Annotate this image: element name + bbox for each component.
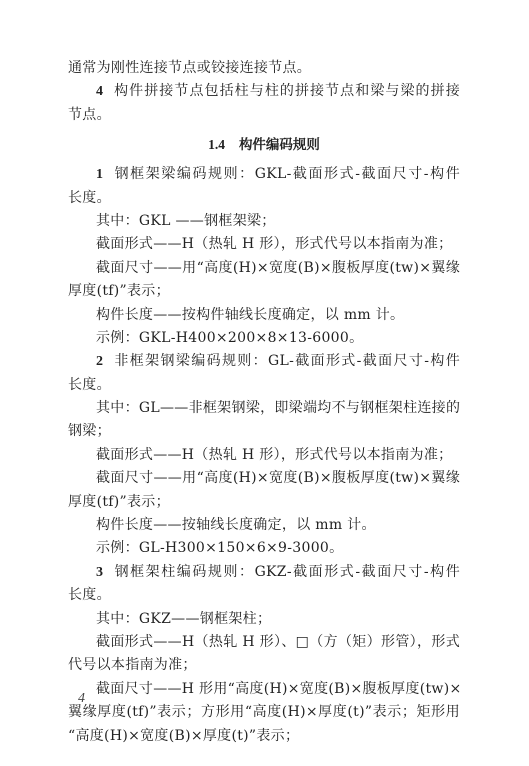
- item-text: 钢框架梁编码规则：GKL-截面形式-截面尺寸-构件: [113, 166, 460, 182]
- paragraph-line: 节点。: [68, 104, 460, 127]
- paragraph-line: 示例：GL-H300×150×6×9-3000。: [68, 537, 460, 560]
- item-text: 钢框架柱编码规则：GKZ-截面形式-截面尺寸-构件: [113, 564, 460, 580]
- item-number: 3: [96, 565, 103, 580]
- paragraph-line: 长度。: [68, 187, 460, 210]
- paragraph-line: 长度。: [68, 584, 460, 607]
- paragraph-line: 截面尺寸——H 形用“高度(H)×宽度(B)×腹板厚度(tw)×: [68, 678, 460, 701]
- paragraph-line: 厚度(tf)”表示；: [68, 280, 460, 303]
- item-number: 1: [96, 167, 103, 182]
- item-number: 2: [96, 354, 103, 369]
- item-text: 非框架钢梁编码规则：GL-截面形式-截面尺寸-构件: [113, 353, 460, 369]
- paragraph-line: 示例：GKL-H400×200×8×13-6000。: [68, 327, 460, 350]
- section-heading: 1.4构件编码规则: [68, 127, 460, 163]
- paragraph-line: 构件长度——按轴线长度确定，以 mm 计。: [68, 514, 460, 537]
- numbered-item-2: 2非框架钢梁编码规则：GL-截面形式-截面尺寸-构件: [68, 350, 460, 373]
- paragraph-line: 厚度(tf)”表示；: [68, 491, 460, 514]
- paragraph-line: 构件长度——按构件轴线长度确定，以 mm 计。: [68, 304, 460, 327]
- paragraph-line: 通常为刚性连接节点或铰接连接节点。: [68, 57, 460, 80]
- numbered-item-4: 4构件拼接节点包括柱与柱的拼接节点和梁与梁的拼接: [68, 80, 460, 103]
- paragraph-line: 翼缘厚度(tf)”表示；方形用“高度(H)×厚度(t)”表示；矩形用: [68, 701, 460, 724]
- paragraph-line: 截面形式——H（热轧 H 形）、□（方（矩）形管），形式: [68, 631, 460, 654]
- paragraph-line: 截面形式——H（热轧 H 形），形式代号以本指南为准；: [68, 444, 460, 467]
- paragraph-line: 截面尺寸——用“高度(H)×宽度(B)×腹板厚度(tw)×翼缘: [68, 257, 460, 280]
- document-page: 通常为刚性连接节点或铰接连接节点。 4构件拼接节点包括柱与柱的拼接节点和梁与梁的…: [68, 57, 460, 748]
- paragraph-line: 代号以本指南为准；: [68, 654, 460, 677]
- paragraph-line: 截面尺寸——用“高度(H)×宽度(B)×腹板厚度(tw)×翼缘: [68, 467, 460, 490]
- paragraph-line: 其中：GL——非框架钢梁，即梁端均不与钢框架柱连接的: [68, 397, 460, 420]
- paragraph-line: 其中：GKL ——钢框架梁；: [68, 210, 460, 233]
- paragraph-line: 钢梁；: [68, 420, 460, 443]
- section-number: 1.4: [208, 137, 225, 152]
- paragraph-line: 其中：GKZ——钢框架柱；: [68, 608, 460, 631]
- page-number: 4: [78, 691, 85, 707]
- paragraph-line: 截面形式——H（热轧 H 形），形式代号以本指南为准；: [68, 233, 460, 256]
- paragraph-line: “高度(H)×宽度(B)×厚度(t)”表示；: [68, 725, 460, 748]
- paragraph-line: 长度。: [68, 374, 460, 397]
- section-title: 构件编码规则: [239, 137, 320, 153]
- numbered-item-3: 3钢框架柱编码规则：GKZ-截面形式-截面尺寸-构件: [68, 561, 460, 584]
- numbered-item-1: 1钢框架梁编码规则：GKL-截面形式-截面尺寸-构件: [68, 163, 460, 186]
- item-number: 4: [96, 84, 103, 99]
- item-text: 构件拼接节点包括柱与柱的拼接节点和梁与梁的拼接: [113, 83, 460, 99]
